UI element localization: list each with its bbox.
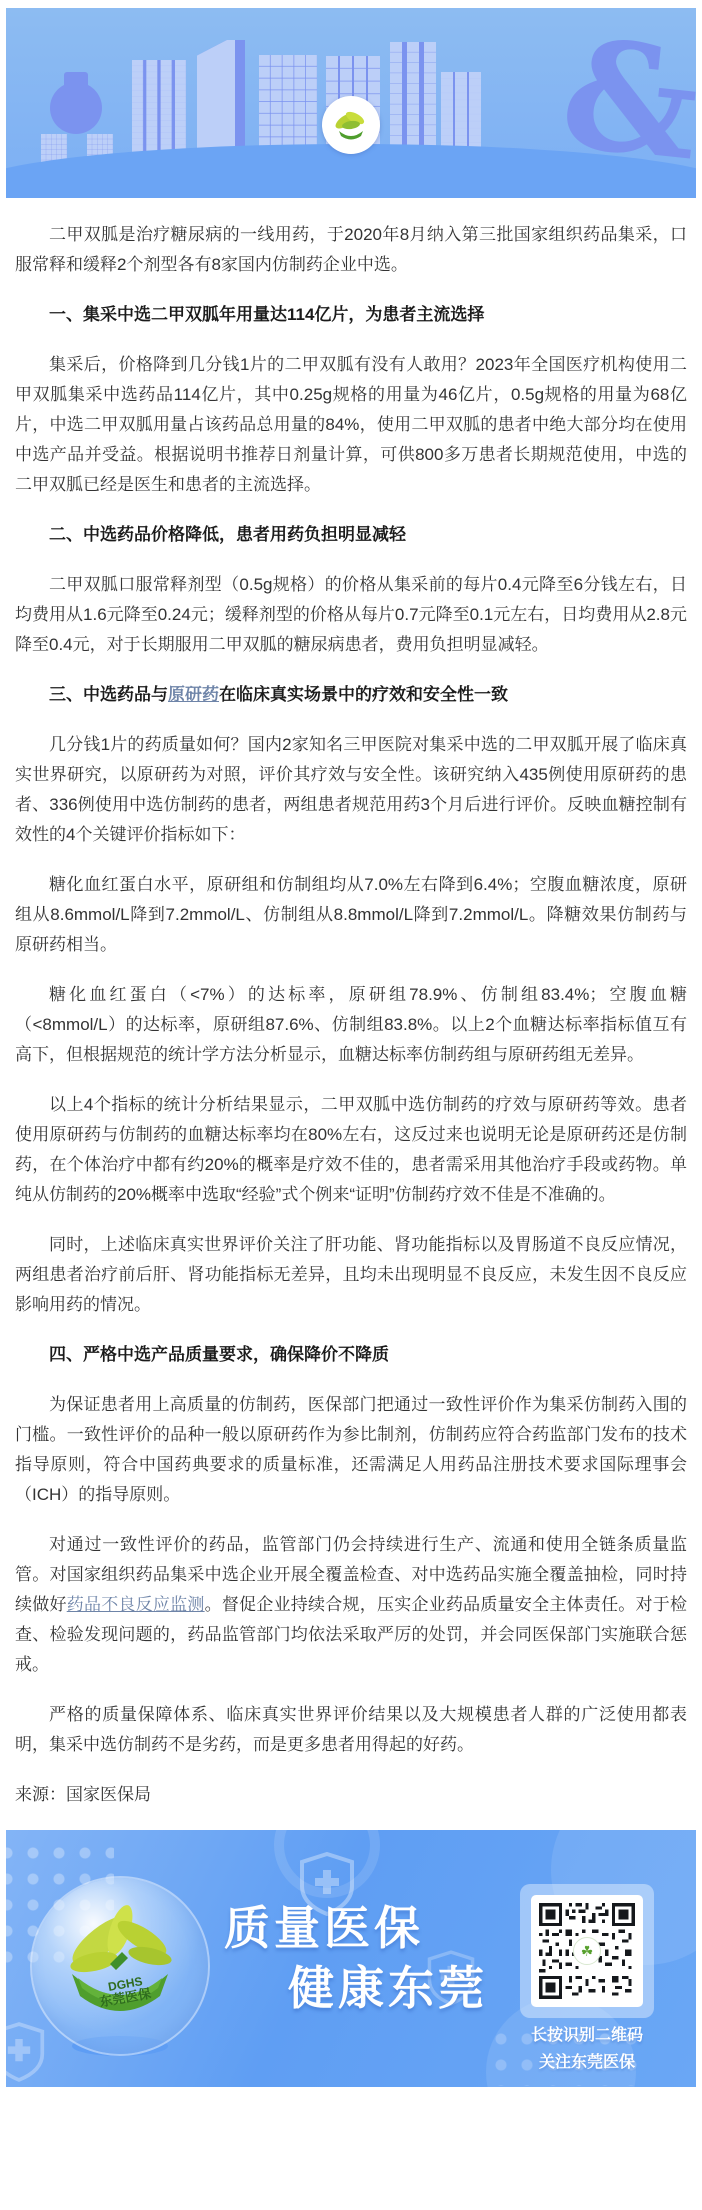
paragraph-safety: 同时，上述临床真实世界评价关注了肝功能、肾功能指标以及胃肠道不良反应情况，两组患…	[15, 1230, 687, 1320]
city-tank-building	[50, 82, 102, 134]
leaf-emblem-icon	[331, 105, 371, 145]
source-attribution: 来源：国家医保局	[15, 1780, 687, 1810]
qr-center-logo: ☘	[573, 1937, 601, 1965]
paragraph-conclusion: 严格的质量保障体系、临床真实世界评价结果以及大规模患者人群的广泛使用都表明，集采…	[15, 1700, 687, 1760]
dongguan-medical-insurance-logo	[322, 96, 380, 154]
footer-slogan-line2: 健康东莞	[288, 1952, 488, 2018]
header-banner	[6, 8, 696, 198]
city-tank-cap	[64, 72, 88, 86]
qr-caption-line2: 关注东莞医保	[512, 2049, 662, 2076]
paragraph-study-design: 几分钱1片的药质量如何？国内2家知名三甲医院对集采中选的二甲双胍开展了临床真实世…	[15, 730, 687, 850]
paragraph-usage: 集采后，价格降到几分钱1片的二甲双胍有没有人敢用？2023年全国医疗机构使用二甲…	[15, 350, 687, 500]
adverse-reaction-monitoring-link[interactable]: 药品不良反应监测	[67, 1595, 205, 1614]
paragraph-supervision: 对通过一致性评价的药品，监管部门仍会持续进行生产、流通和使用全链条质量监管。对国…	[15, 1530, 687, 1680]
paragraph-equivalence: 以上4个指标的统计分析结果显示，二甲双胍中选仿制药的疗效与原研药等效。患者使用原…	[15, 1090, 687, 1210]
paragraph-hba1c: 糖化血红蛋白水平，原研组和仿制组均从7.0%左右降到6.4%；空腹血糖浓度，原研…	[15, 870, 687, 960]
logo-bubble: DGHS 东莞医保	[32, 1878, 208, 2054]
qr-frame: ☘	[531, 1895, 643, 2007]
originator-drug-link[interactable]: 原研药	[168, 685, 219, 704]
paragraph-intro: 二甲双胍是治疗糖尿病的一线用药，于2020年8月纳入第三批国家组织药品集采，口服…	[15, 220, 687, 280]
section-heading-1: 一、集采中选二甲双胍年用量达114亿片，为患者主流选择	[15, 300, 687, 330]
qr-panel: ☘	[520, 1884, 654, 2018]
section-heading-3: 三、中选药品与原研药在临床真实场景中的疗效和安全性一致	[15, 680, 687, 710]
section-heading-4: 四、严格中选产品质量要求，确保降价不降质	[15, 1340, 687, 1370]
section-heading-2: 二、中选药品价格降低，患者用药负担明显减轻	[15, 520, 687, 550]
footer-slogan-line1: 质量医保	[224, 1892, 424, 1958]
dongguan-medical-insurance-emblem: DGHS 东莞医保	[54, 1896, 186, 2036]
article-body: 二甲双胍是治疗糖尿病的一线用药，于2020年8月纳入第三批国家组织药品集采，口服…	[0, 198, 702, 1810]
paragraph-price: 二甲双胍口服常释剂型（0.5g规格）的价格从集采前的每片0.4元降至6分钱左右，…	[15, 570, 687, 660]
footer-banner: DGHS 东莞医保 质量医保 健康东莞 ☘ 长按识别二维码	[6, 1830, 696, 2087]
paragraph-quality-threshold: 为保证患者用上高质量的仿制药，医保部门把通过一致性评价作为集采仿制药入围的门槛。…	[15, 1390, 687, 1510]
qr-caption: 长按识别二维码 关注东莞医保	[512, 2022, 662, 2076]
qr-caption-line1: 长按识别二维码	[512, 2022, 662, 2049]
heading-3-text: 在临床真实场景中的疗效和安全性一致	[219, 685, 508, 704]
shield-cross-icon	[6, 2022, 46, 2082]
heading-3-text: 三、中选药品与	[49, 685, 168, 704]
paragraph-target-rates: 糖化血红蛋白（<7%）的达标率，原研组78.9%、仿制组83.4%；空腹血糖（<…	[15, 980, 687, 1070]
